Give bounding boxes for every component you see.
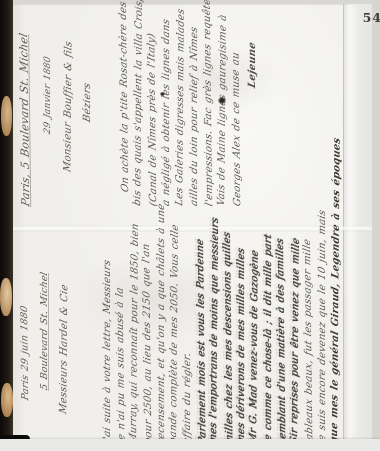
handwriting-line: (Canal de Nîmes près de l'Italy)	[145, 2, 161, 208]
handwriting-line: que mes le général Giraud, Legendre à se…	[328, 211, 343, 446]
book-binding-edge	[0, 0, 13, 451]
binding-wear-patch	[0, 278, 12, 316]
scanner-bottom-strip	[0, 439, 380, 451]
page-number: 54	[352, 10, 380, 25]
binding-wear-patch	[1, 96, 12, 136]
binding-wear-patch	[1, 383, 13, 417]
letter-1-signature: Lejeune	[246, 2, 260, 89]
letter-1-place-line: Paris, 5 Boulevard St. Michel	[17, 2, 33, 208]
handwriting-line: je suis encore devenez que le 10 juin, m…	[316, 210, 329, 445]
handwriting-line: Mr G. Mad venez-vous de Gazogène	[247, 211, 262, 446]
ink-blot	[160, 92, 165, 96]
handwriting-line: tableaux beaux, fut les passager mille	[301, 210, 317, 446]
handwriting-line: Les Galeries digresses mais malades	[173, 3, 189, 208]
handwriting-line: Georges Alex de ce muse au	[229, 2, 245, 208]
handwriting-line: ailles du loin pour relief à Nîmes	[188, 2, 202, 207]
letter-1-date-line: 29 Janvier 1880	[42, 3, 54, 136]
scanner-right-strip	[372, 0, 380, 451]
letter-1-recipient: Monsieur Bouffier & fils	[61, 3, 75, 174]
letter-1-city: Béziers	[81, 2, 94, 123]
letter-2-text-block: Paris 29 juin 1880 5 Boulevard St. Miche…	[16, 212, 342, 444]
letter-2: Paris 29 juin 1880 5 Boulevard St. Miche…	[16, 212, 342, 444]
page-edge-curl	[343, 4, 372, 440]
paper-sheet: 54 Paris, 5 Boulevard St. Michel 29 Janv…	[12, 4, 372, 440]
letter-1: Paris, 5 Boulevard St. Michel 29 Janvier…	[14, 4, 260, 206]
handwriting-line: a négligé à obtenir les lignes dans	[160, 2, 174, 207]
letter-1-text-block: Paris, 5 Boulevard St. Michel 29 Janvier…	[14, 4, 260, 206]
handwriting-line: affaire du régler.	[181, 210, 194, 445]
ink-blot	[218, 97, 226, 104]
scanned-page: 54 Paris, 5 Boulevard St. Michel 29 Janv…	[0, 0, 380, 451]
letter-2-place-line: Paris 29 juin 1880	[17, 210, 32, 401]
letter-2-recipient: Messieurs Hardel & Cie	[57, 211, 72, 415]
handwriting-line: recensement, et qu'on y a que châlets à …	[155, 210, 168, 445]
letter-2-address: 5 Boulevard St. Michel	[38, 210, 51, 391]
handwriting-line: pour 2500, au lieu des 2150 que l'an	[140, 210, 156, 446]
